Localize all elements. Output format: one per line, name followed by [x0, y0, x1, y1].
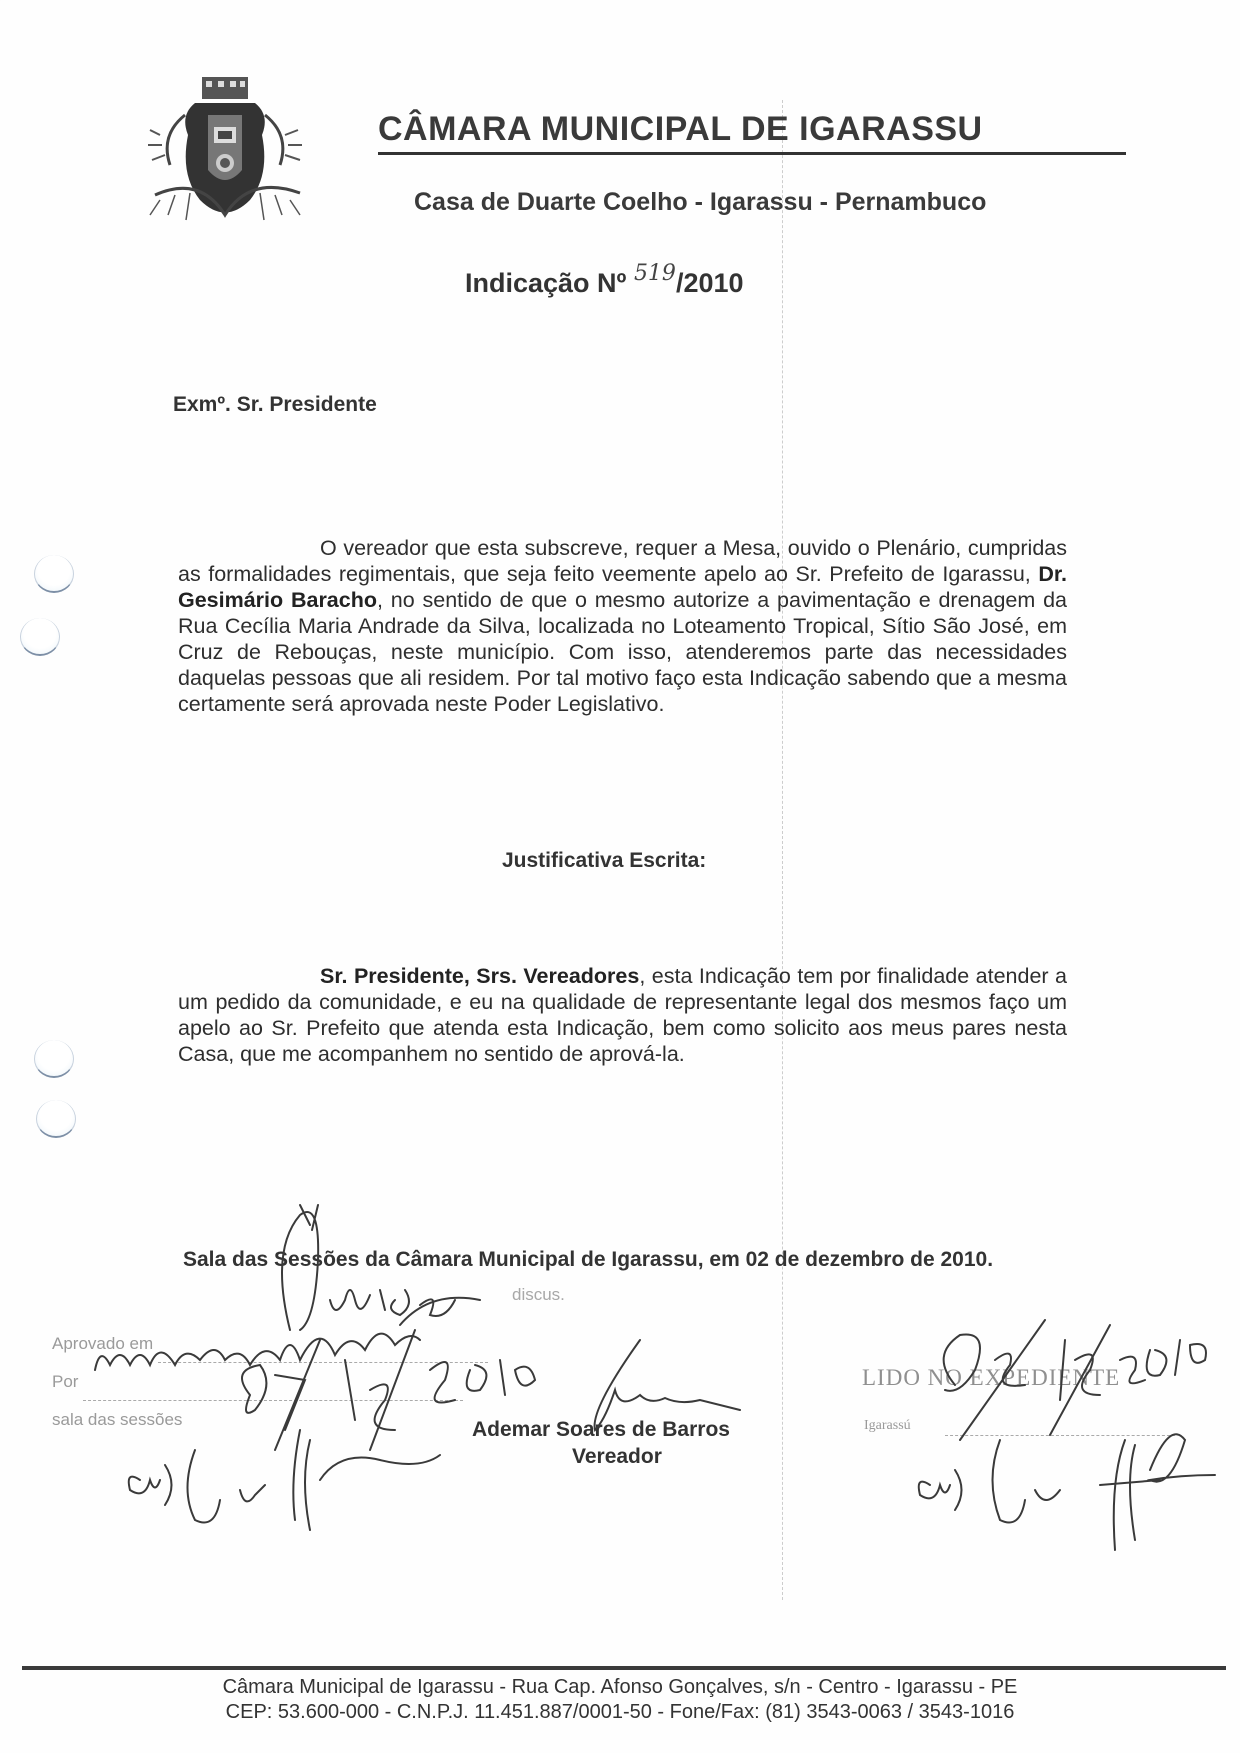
indication-label: Indicação Nº — [465, 268, 626, 298]
svg-text:a): a) — [0, 0, 2, 1]
signer-name: Ademar Soares de Barros — [472, 1418, 730, 1442]
punch-hole-icon — [20, 618, 60, 656]
signer-signature — [595, 1340, 740, 1430]
institution-subtitle: Casa de Duarte Coelho - Igarassu - Perna… — [414, 188, 986, 217]
punch-hole-icon — [36, 1100, 76, 1138]
footer-contact: CEP: 53.600-000 - C.N.P.J. 11.451.887/00… — [0, 1701, 1240, 1723]
justification-paragraph: Sr. Presidente, Srs. Vereadores, esta In… — [178, 963, 1067, 1067]
request-paragraph: O vereador que esta subscreve, requer a … — [178, 535, 1067, 717]
institution-title: CÂMARA MUNICIPAL DE IGARASSU — [378, 110, 983, 149]
document-page: CÂMARA MUNICIPAL DE IGARASSU Casa de Dua… — [0, 0, 1240, 1753]
footer-address: Câmara Municipal de Igarassu - Rua Cap. … — [0, 1676, 1240, 1699]
read-stamp-line — [945, 1435, 1175, 1436]
approval-stamp: Aprovado em Por sala das sessões — [52, 1325, 488, 1439]
punch-hole-icon — [34, 555, 74, 593]
handwriting-initials-left — [129, 1430, 440, 1530]
coat-of-arms-icon — [140, 75, 310, 235]
title-underline — [378, 152, 1126, 155]
handwriting-initials-right — [919, 1434, 1215, 1550]
justification-title: Justificativa Escrita: — [502, 849, 706, 873]
justification-opening: Sr. Presidente, Srs. Vereadores — [320, 964, 639, 988]
approved-label: Aprovado em — [52, 1334, 153, 1353]
read-stamp-label: LIDO NO EXPEDIENTE — [862, 1365, 1120, 1391]
session-label: sala das sessões — [52, 1410, 182, 1429]
by-label: Por — [52, 1372, 78, 1391]
indication-handwritten-number: 519 — [634, 261, 676, 286]
signer-role: Vereador — [572, 1445, 662, 1469]
indication-year: /2010 — [676, 268, 744, 298]
indication-number: Indicação Nº 519/2010 — [465, 268, 744, 299]
punch-hole-icon — [34, 1040, 74, 1078]
salutation: Exmº. Sr. Presidente — [173, 393, 377, 417]
footer-rule — [22, 1666, 1226, 1670]
handwritten-annotations: a) — [0, 0, 1240, 1753]
read-stamp-city: Igarassú — [864, 1418, 911, 1434]
scan-fold-line — [782, 100, 784, 1600]
closing-statement: Sala das Sessões da Câmara Municipal de … — [183, 1246, 1073, 1273]
stamp-discus-label: discus. — [512, 1285, 565, 1305]
